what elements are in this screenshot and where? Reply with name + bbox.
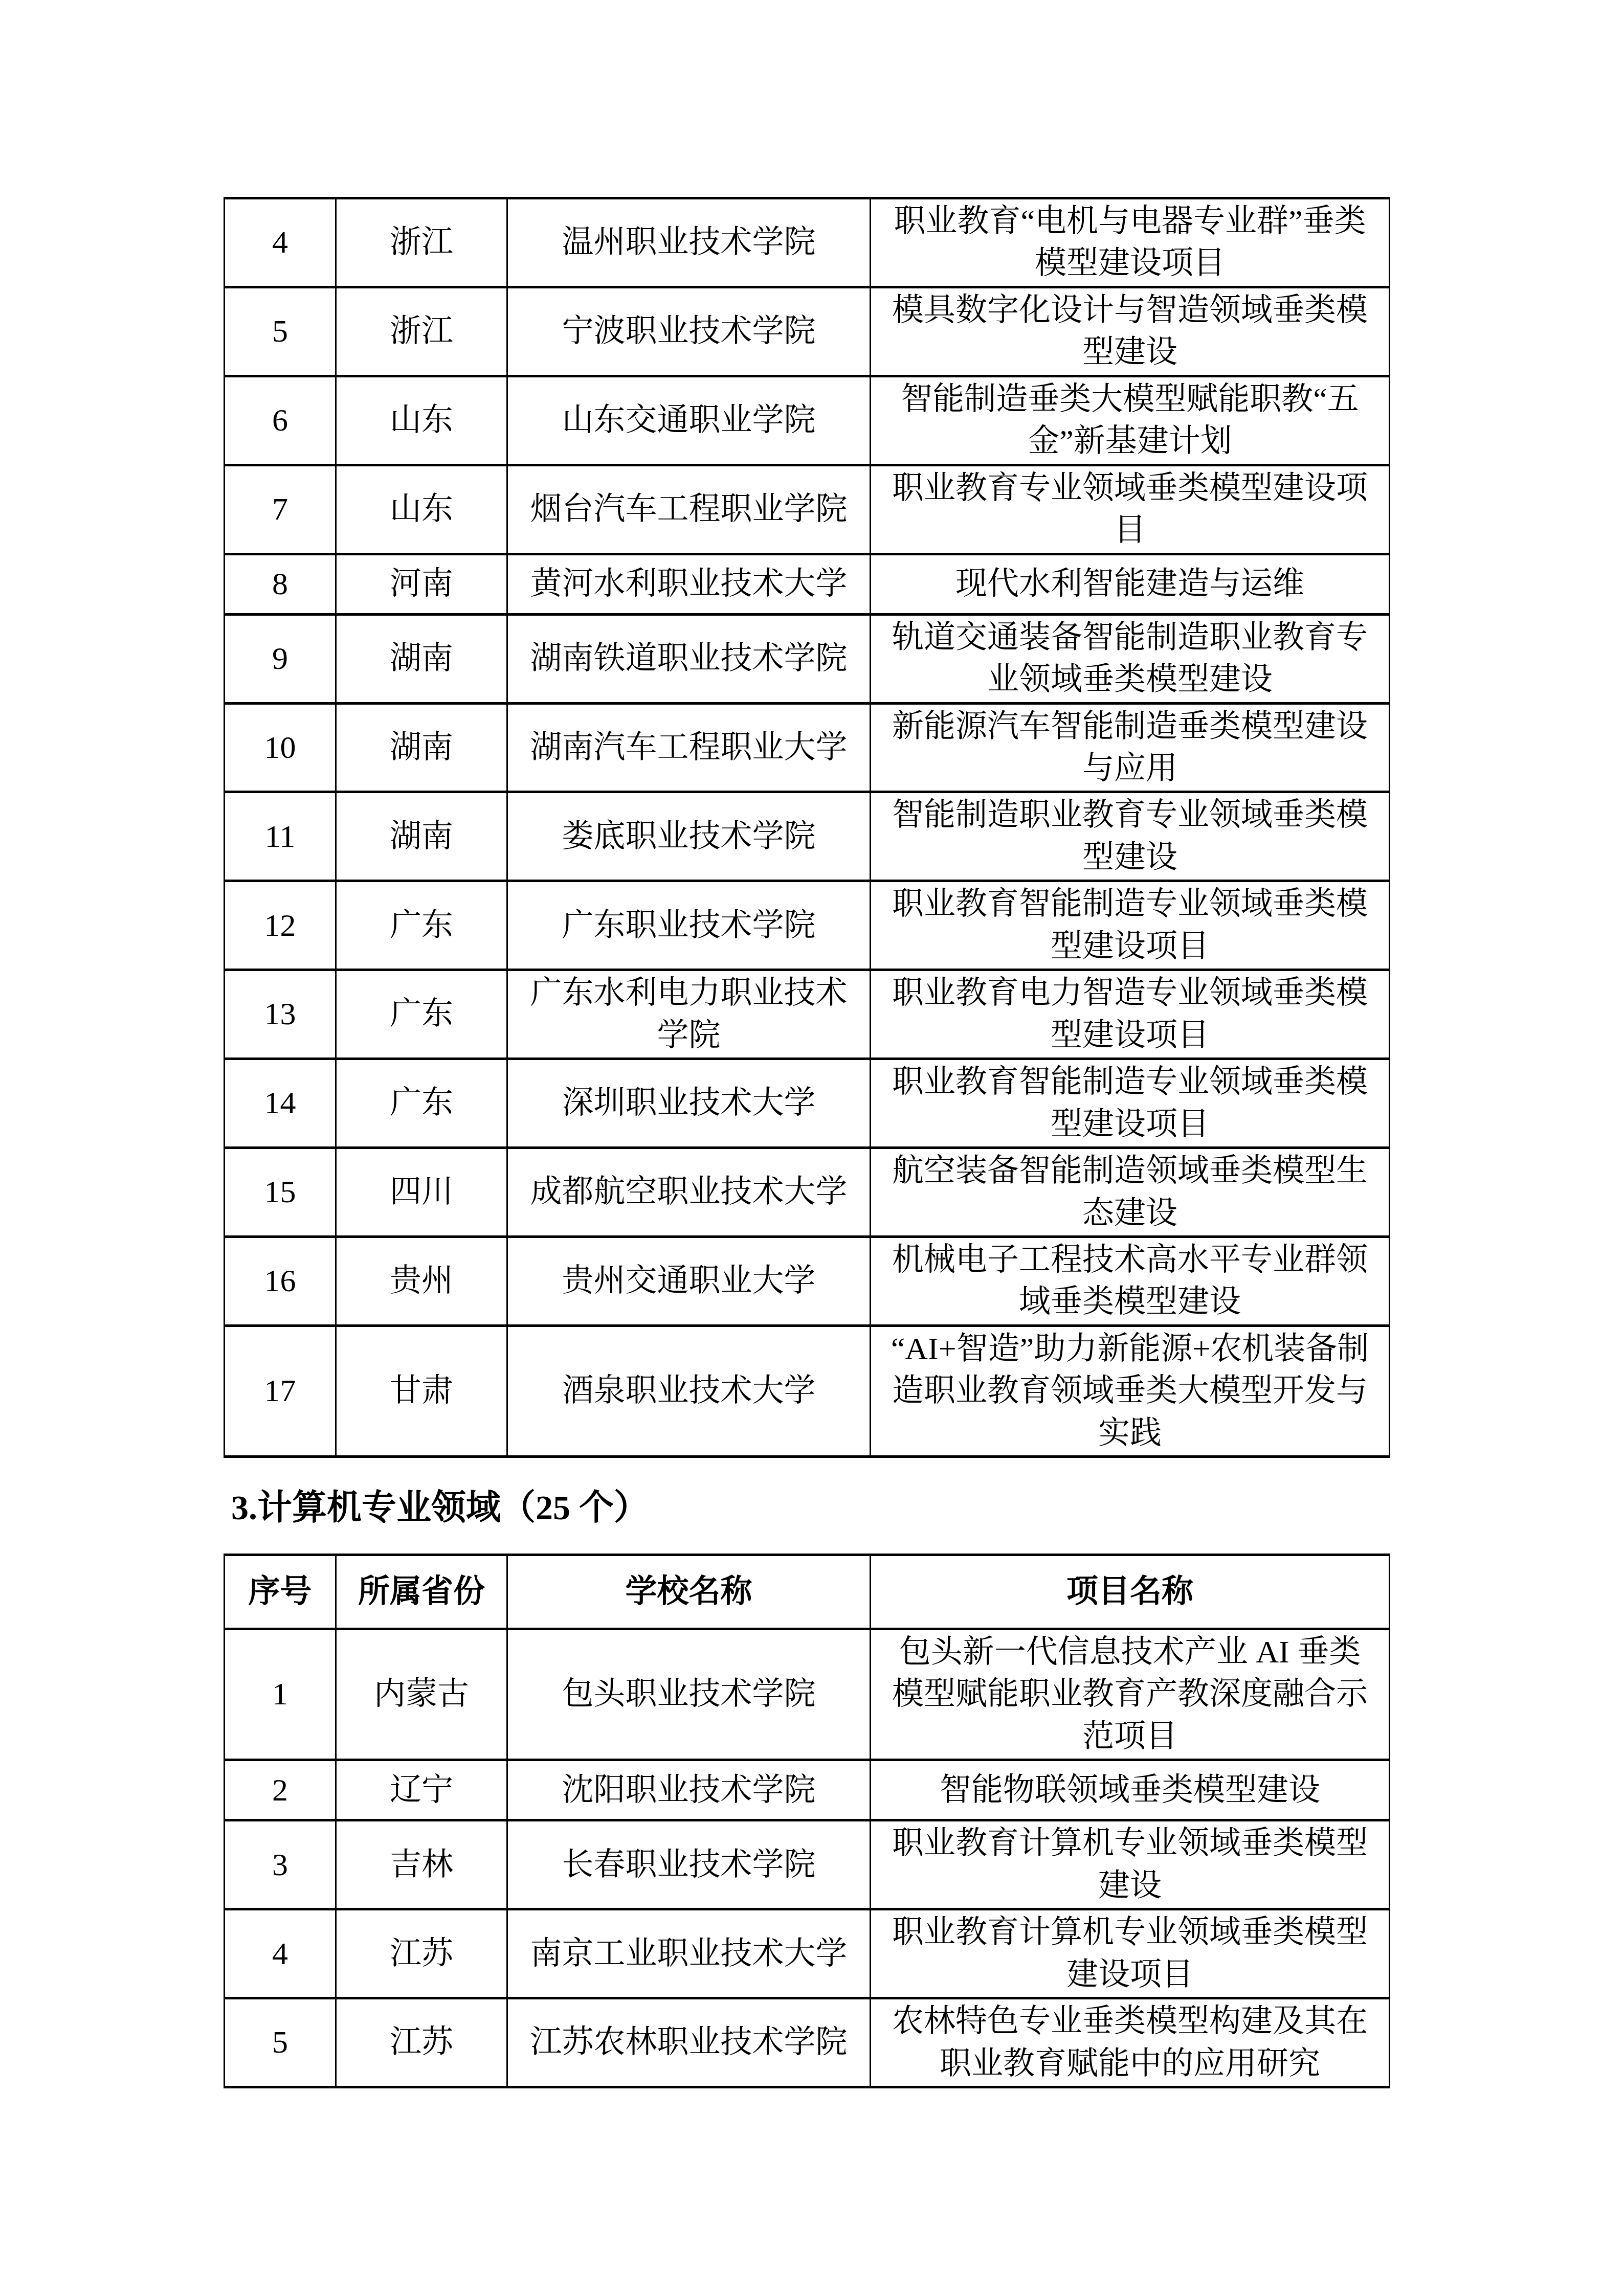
table-row: 5 浙江 宁波职业技术学院 模具数字化设计与智造领域垂类模型建设 xyxy=(225,287,1390,376)
cell-seq: 10 xyxy=(225,703,336,792)
cell-province: 山东 xyxy=(336,376,507,465)
header-school: 学校名称 xyxy=(507,1555,871,1629)
cell-school: 长春职业技术学院 xyxy=(507,1820,871,1909)
cell-project: 轨道交通装备智能制造职业教育专业领域垂类模型建设 xyxy=(871,614,1390,703)
table-row: 8 河南 黄河水利职业技术大学 现代水利智能建造与运维 xyxy=(225,554,1390,614)
cell-province: 贵州 xyxy=(336,1236,507,1325)
cell-school: 山东交通职业学院 xyxy=(507,376,871,465)
cell-seq: 7 xyxy=(225,465,336,554)
table-body: 4 浙江 温州职业技术学院 职业教育“电机与电器专业群”垂类模型建设项目 5 浙… xyxy=(225,198,1390,1457)
cell-seq: 3 xyxy=(225,1820,336,1909)
cell-school: 广东职业技术学院 xyxy=(507,881,871,970)
table-row: 17 甘肃 酒泉职业技术大学 “AI+智造”助力新能源+农机装备制造职业教育领域… xyxy=(225,1325,1390,1456)
table-row: 1 内蒙古 包头职业技术学院 包头新一代信息技术产业 AI 垂类模型赋能职业教育… xyxy=(225,1629,1390,1760)
cell-seq: 9 xyxy=(225,614,336,703)
cell-project: 现代水利智能建造与运维 xyxy=(871,554,1390,614)
cell-seq: 12 xyxy=(225,881,336,970)
table-row: 16 贵州 贵州交通职业大学 机械电子工程技术高水平专业群领域垂类模型建设 xyxy=(225,1236,1390,1325)
cell-province: 浙江 xyxy=(336,287,507,376)
cell-school: 沈阳职业技术学院 xyxy=(507,1760,871,1820)
smart-manufacturing-table-continued: 4 浙江 温州职业技术学院 职业教育“电机与电器专业群”垂类模型建设项目 5 浙… xyxy=(224,197,1390,1458)
cell-project: 职业教育智能制造专业领域垂类模型建设项目 xyxy=(871,1059,1390,1148)
computer-domain-table: 序号 所属省份 学校名称 项目名称 1 内蒙古 包头职业技术学院 包头新一代信息… xyxy=(224,1554,1390,2088)
cell-province: 江苏 xyxy=(336,1998,507,2087)
cell-province: 湖南 xyxy=(336,703,507,792)
cell-province: 山东 xyxy=(336,465,507,554)
cell-project: 航空装备智能制造领域垂类模型生态建设 xyxy=(871,1148,1390,1237)
cell-school: 宁波职业技术学院 xyxy=(507,287,871,376)
table-header-row: 序号 所属省份 学校名称 项目名称 xyxy=(225,1555,1390,1629)
cell-school: 包头职业技术学院 xyxy=(507,1629,871,1760)
cell-project: 职业教育电力智造专业领域垂类模型建设项目 xyxy=(871,970,1390,1059)
table-row: 11 湖南 娄底职业技术学院 智能制造职业教育专业领域垂类模型建设 xyxy=(225,792,1390,881)
table-row: 3 吉林 长春职业技术学院 职业教育计算机专业领域垂类模型建设 xyxy=(225,1820,1390,1909)
cell-province: 辽宁 xyxy=(336,1760,507,1820)
table-row: 10 湖南 湖南汽车工程职业大学 新能源汽车智能制造垂类模型建设与应用 xyxy=(225,703,1390,792)
table-row: 4 江苏 南京工业职业技术大学 职业教育计算机专业领域垂类模型建设项目 xyxy=(225,1909,1390,1998)
cell-school: 黄河水利职业技术大学 xyxy=(507,554,871,614)
cell-seq: 2 xyxy=(225,1760,336,1820)
cell-project: “AI+智造”助力新能源+农机装备制造职业教育领域垂类大模型开发与实践 xyxy=(871,1325,1390,1456)
cell-school: 南京工业职业技术大学 xyxy=(507,1909,871,1998)
cell-school: 温州职业技术学院 xyxy=(507,198,871,287)
table-row: 15 四川 成都航空职业技术大学 航空装备智能制造领域垂类模型生态建设 xyxy=(225,1148,1390,1237)
cell-school: 娄底职业技术学院 xyxy=(507,792,871,881)
cell-province: 四川 xyxy=(336,1148,507,1237)
table-row: 6 山东 山东交通职业学院 智能制造垂类大模型赋能职教“五金”新基建计划 xyxy=(225,376,1390,465)
cell-school: 烟台汽车工程职业学院 xyxy=(507,465,871,554)
table-row: 9 湖南 湖南铁道职业技术学院 轨道交通装备智能制造职业教育专业领域垂类模型建设 xyxy=(225,614,1390,703)
cell-project: 职业教育计算机专业领域垂类模型建设项目 xyxy=(871,1909,1390,1998)
cell-project: 模具数字化设计与智造领域垂类模型建设 xyxy=(871,287,1390,376)
table-row: 13 广东 广东水利电力职业技术学院 职业教育电力智造专业领域垂类模型建设项目 xyxy=(225,970,1390,1059)
cell-province: 浙江 xyxy=(336,198,507,287)
document-content: 4 浙江 温州职业技术学院 职业教育“电机与电器专业群”垂类模型建设项目 5 浙… xyxy=(224,197,1389,2088)
cell-project: 职业教育专业领域垂类模型建设项目 xyxy=(871,465,1390,554)
cell-project: 智能制造职业教育专业领域垂类模型建设 xyxy=(871,792,1390,881)
cell-province: 甘肃 xyxy=(336,1325,507,1456)
cell-seq: 6 xyxy=(225,376,336,465)
cell-project: 智能物联领域垂类模型建设 xyxy=(871,1760,1390,1820)
cell-province: 广东 xyxy=(336,970,507,1059)
cell-seq: 8 xyxy=(225,554,336,614)
cell-seq: 15 xyxy=(225,1148,336,1237)
section-heading-computer-domain: 3.计算机专业领域（25 个） xyxy=(231,1489,1389,1527)
table-row: 14 广东 深圳职业技术大学 职业教育智能制造专业领域垂类模型建设项目 xyxy=(225,1059,1390,1148)
cell-seq: 17 xyxy=(225,1325,336,1456)
cell-school: 江苏农林职业技术学院 xyxy=(507,1998,871,2087)
cell-province: 河南 xyxy=(336,554,507,614)
cell-project: 新能源汽车智能制造垂类模型建设与应用 xyxy=(871,703,1390,792)
cell-province: 江苏 xyxy=(336,1909,507,1998)
cell-project: 职业教育计算机专业领域垂类模型建设 xyxy=(871,1820,1390,1909)
cell-project: 智能制造垂类大模型赋能职教“五金”新基建计划 xyxy=(871,376,1390,465)
cell-seq: 5 xyxy=(225,1998,336,2087)
table-row: 7 山东 烟台汽车工程职业学院 职业教育专业领域垂类模型建设项目 xyxy=(225,465,1390,554)
cell-school: 湖南汽车工程职业大学 xyxy=(507,703,871,792)
cell-project: 职业教育智能制造专业领域垂类模型建设项目 xyxy=(871,881,1390,970)
cell-project: 机械电子工程技术高水平专业群领域垂类模型建设 xyxy=(871,1236,1390,1325)
header-seq: 序号 xyxy=(225,1555,336,1629)
cell-school: 成都航空职业技术大学 xyxy=(507,1148,871,1237)
table-row: 4 浙江 温州职业技术学院 职业教育“电机与电器专业群”垂类模型建设项目 xyxy=(225,198,1390,287)
table-row: 5 江苏 江苏农林职业技术学院 农林特色专业垂类模型构建及其在职业教育赋能中的应… xyxy=(225,1998,1390,2087)
cell-province: 内蒙古 xyxy=(336,1629,507,1760)
table-row: 2 辽宁 沈阳职业技术学院 智能物联领域垂类模型建设 xyxy=(225,1760,1390,1820)
cell-seq: 5 xyxy=(225,287,336,376)
cell-seq: 4 xyxy=(225,1909,336,1998)
cell-province: 广东 xyxy=(336,1059,507,1148)
cell-province: 吉林 xyxy=(336,1820,507,1909)
cell-seq: 14 xyxy=(225,1059,336,1148)
cell-province: 湖南 xyxy=(336,614,507,703)
cell-seq: 1 xyxy=(225,1629,336,1760)
header-province: 所属省份 xyxy=(336,1555,507,1629)
cell-seq: 11 xyxy=(225,792,336,881)
cell-project: 包头新一代信息技术产业 AI 垂类模型赋能职业教育产教深度融合示范项目 xyxy=(871,1629,1390,1760)
cell-province: 广东 xyxy=(336,881,507,970)
table-row: 12 广东 广东职业技术学院 职业教育智能制造专业领域垂类模型建设项目 xyxy=(225,881,1390,970)
header-project: 项目名称 xyxy=(871,1555,1390,1629)
table-header: 序号 所属省份 学校名称 项目名称 xyxy=(225,1555,1390,1629)
cell-school: 深圳职业技术大学 xyxy=(507,1059,871,1148)
cell-project: 职业教育“电机与电器专业群”垂类模型建设项目 xyxy=(871,198,1390,287)
cell-seq: 4 xyxy=(225,198,336,287)
table-body: 1 内蒙古 包头职业技术学院 包头新一代信息技术产业 AI 垂类模型赋能职业教育… xyxy=(225,1629,1390,2087)
cell-project: 农林特色专业垂类模型构建及其在职业教育赋能中的应用研究 xyxy=(871,1998,1390,2087)
cell-school: 广东水利电力职业技术学院 xyxy=(507,970,871,1059)
cell-school: 酒泉职业技术大学 xyxy=(507,1325,871,1456)
cell-province: 湖南 xyxy=(336,792,507,881)
cell-school: 贵州交通职业大学 xyxy=(507,1236,871,1325)
cell-seq: 16 xyxy=(225,1236,336,1325)
cell-seq: 13 xyxy=(225,970,336,1059)
cell-school: 湖南铁道职业技术学院 xyxy=(507,614,871,703)
